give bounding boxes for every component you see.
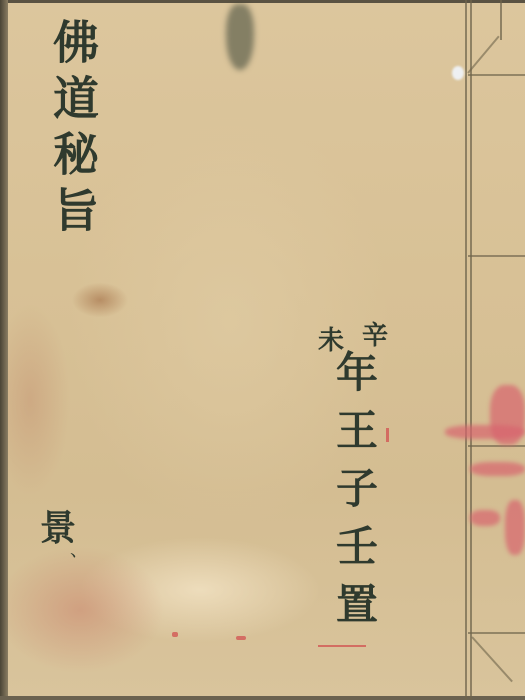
bottom-edge (0, 696, 525, 700)
left-edge (0, 0, 8, 700)
ink-smudge (226, 4, 254, 70)
inscription: 年王子壬置 (325, 350, 375, 640)
red-stain (470, 510, 500, 526)
author-mark: 、 (70, 536, 88, 562)
binding-corner (467, 36, 499, 74)
red-mark (172, 632, 178, 637)
red-stain (445, 425, 525, 439)
spine-line (500, 0, 502, 40)
spine-line (465, 0, 467, 700)
spine-line (470, 0, 472, 700)
book-cover: 佛道秘旨 景 、 辛 未 年王子壬置 (0, 0, 525, 700)
book-title: 佛道秘旨 (26, 18, 96, 242)
red-underline (318, 645, 366, 647)
binding-stitch (468, 632, 525, 634)
red-stain (470, 462, 525, 476)
red-stain (505, 500, 525, 555)
light-glare (452, 66, 464, 80)
binding-corner (471, 636, 513, 682)
binding-stitch (468, 74, 525, 76)
binding-stitch (468, 445, 525, 447)
red-mark (386, 428, 389, 442)
top-edge (0, 0, 525, 3)
binding-stitch (468, 255, 525, 257)
red-mark (236, 636, 246, 640)
era-char-right: 辛 (362, 315, 388, 352)
